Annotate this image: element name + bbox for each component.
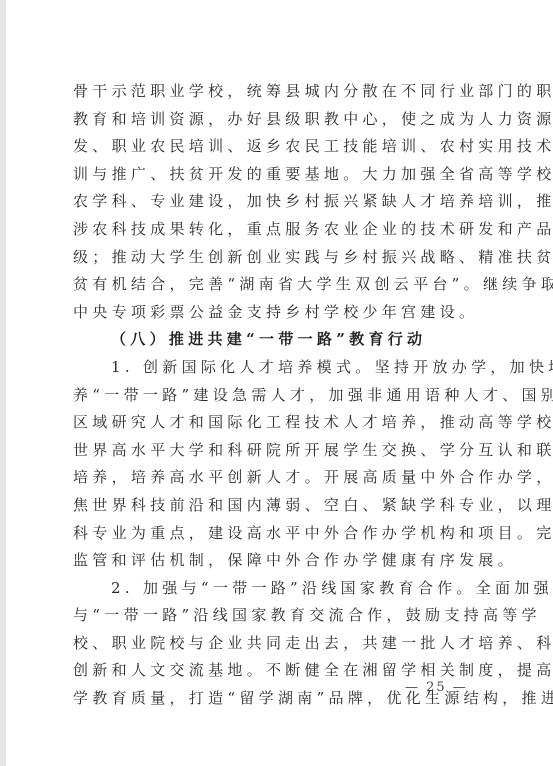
body-line: 培养，培养高水平创新人才。开展高质量中外合作办学，聚 <box>73 464 493 492</box>
body-line: 校、职业院校与企业共同走出去，共建一批人才培养、科技 <box>73 630 493 658</box>
body-line: 骨干示范职业学校，统筹县城内分散在不同行业部门的职业 <box>73 78 493 106</box>
body-line: 农学科、专业建设，加快乡村振兴紧缺人才培养培训，推进 <box>73 188 493 216</box>
page-number: — 25 — <box>405 680 468 695</box>
body-line: 科专业为重点，建设高水平中外合作办学机构和项目。完善 <box>73 520 493 548</box>
body-line: 与“一带一路”沿线国家教育交流合作，鼓励支持高等学 <box>73 602 493 630</box>
document-page: 骨干示范职业学校，统筹县城内分散在不同行业部门的职业 教育和培训资源，办好县级职… <box>73 78 493 713</box>
page-left-edge <box>0 0 6 766</box>
subsection-title-line: 2. 加强与“一带一路”沿线国家教育合作。全面加强 <box>73 575 493 603</box>
subsection-title-line: 1. 创新国际化人才培养模式。坚持开放办学，加快培 <box>73 354 493 382</box>
body-line: 级；推动大学生创新创业实践与乡村振兴战略、精准扶贫脱 <box>73 244 493 272</box>
body-line: 贫有机结合，完善“湖南省大学生双创云平台”。继续争取 <box>73 271 493 299</box>
body-line: 训与推广、扶贫开发的重要基地。大力加强全省高等学校涉 <box>73 161 493 189</box>
body-line: 监管和评估机制，保障中外合作办学健康有序发展。 <box>73 547 493 575</box>
body-line: 发、职业农民培训、返乡农民工技能培训、农村实用技术培 <box>73 133 493 161</box>
body-line: 教育和培训资源，办好县级职教中心，使之成为人力资源开 <box>73 106 493 134</box>
body-line: 焦世界科技前沿和国内薄弱、空白、紧缺学科专业，以理工 <box>73 492 493 520</box>
body-line: 涉农科技成果转化，重点服务农业企业的技术研发和产品升 <box>73 216 493 244</box>
body-line: 世界高水平大学和科研院所开展学生交换、学分互认和联合 <box>73 437 493 465</box>
section-heading: （八）推进共建“一带一路”教育行动 <box>73 326 493 354</box>
body-line: 中央专项彩票公益金支持乡村学校少年宫建设。 <box>73 299 493 327</box>
body-line: 区域研究人才和国际化工程技术人才培养，推动高等学校与 <box>73 409 493 437</box>
body-line: 养“一带一路”建设急需人才，加强非通用语种人才、国别 <box>73 382 493 410</box>
